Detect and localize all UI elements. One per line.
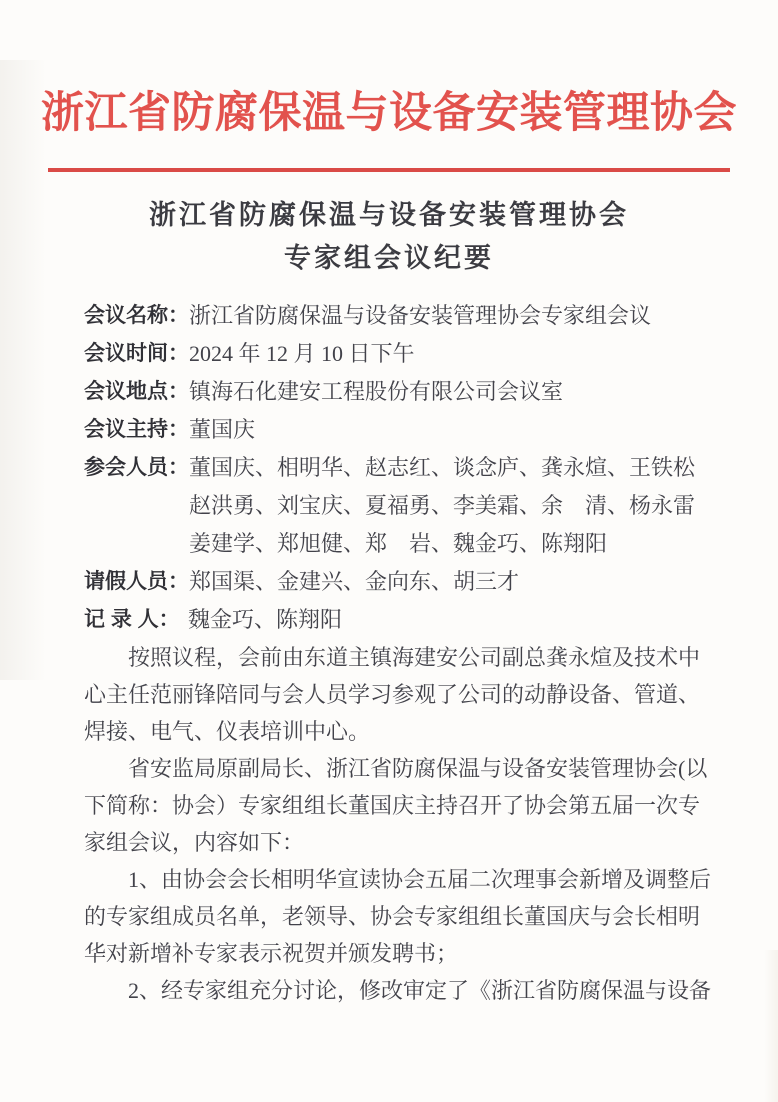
- detail-value-meeting-time: 2024 年 12 月 10 日下午: [189, 335, 704, 373]
- body-line: 省安监局原副局长、浙江省防腐保温与设备安装管理协会(以: [84, 750, 706, 787]
- body-line: 的专家组成员名单，老领导、协会专家组组长董国庆与会长相明: [84, 898, 706, 935]
- detail-value-line: 赵洪勇、刘宝庆、夏福勇、李美霜、余 清、杨永雷: [189, 487, 704, 525]
- detail-value-meeting-host: 董国庆: [189, 411, 704, 449]
- body-paragraph-3: 1、由协会会长相明华宣读协会五届二次理事会新增及调整后 的专家组成员名单，老领导…: [84, 861, 706, 972]
- meeting-details: 会议名称： 浙江省防腐保温与设备安装管理协会专家组会议 会议时间： 2024 年…: [84, 297, 704, 639]
- document-title-line-1: 浙江省防腐保温与设备安装管理协会: [0, 194, 778, 237]
- detail-label-meeting-name: 会议名称：: [84, 297, 189, 335]
- body-line: 焊接、电气、仪表培训中心。: [84, 713, 706, 750]
- detail-value-line: 浙江省防腐保温与设备安装管理协会专家组会议: [189, 297, 704, 335]
- body-line: 按照议程，会前由东道主镇海建安公司副总龚永煊及技术中: [84, 639, 706, 676]
- detail-value-line: 郑国渠、金建兴、金向东、胡三才: [189, 563, 704, 601]
- detail-value-line: 董国庆: [189, 411, 704, 449]
- letterhead-banner: 浙江省防腐保温与设备安装管理协会: [0, 0, 778, 135]
- detail-value-meeting-name: 浙江省防腐保温与设备安装管理协会专家组会议: [189, 297, 704, 335]
- document-title: 浙江省防腐保温与设备安装管理协会 专家组会议纪要: [0, 194, 778, 280]
- detail-label-recorder: 记 录 人：: [84, 601, 188, 639]
- detail-label-attendees: 参会人员：: [84, 449, 189, 487]
- scan-artifact: [0, 60, 46, 680]
- body-line: 家组会议，内容如下：: [84, 824, 706, 861]
- body-paragraph-2: 省安监局原副局长、浙江省防腐保温与设备安装管理协会(以 下简称：协会）专家组组长…: [84, 750, 706, 861]
- detail-row-absentees: 请假人员： 郑国渠、金建兴、金向东、胡三才: [84, 563, 704, 601]
- letterhead-divider-rule: [48, 168, 730, 172]
- detail-label-meeting-host: 会议主持：: [84, 411, 189, 449]
- detail-value-meeting-place: 镇海石化建安工程股份有限公司会议室: [189, 373, 704, 411]
- detail-row-meeting-place: 会议地点： 镇海石化建安工程股份有限公司会议室: [84, 373, 704, 411]
- detail-row-recorder: 记 录 人： 魏金巧、陈翔阳: [84, 601, 704, 639]
- document-title-line-2: 专家组会议纪要: [0, 237, 778, 280]
- detail-value-line: 2024 年 12 月 10 日下午: [189, 335, 704, 373]
- detail-value-line: 魏金巧、陈翔阳: [188, 601, 704, 639]
- meeting-minutes-body: 按照议程，会前由东道主镇海建安公司副总龚永煊及技术中 心主任范丽锋陪同与会人员学…: [84, 639, 706, 1009]
- detail-value-line: 董国庆、相明华、赵志红、谈念庐、龚永煊、王铁松: [189, 449, 704, 487]
- body-line: 华对新增补专家表示祝贺并颁发聘书；: [84, 935, 706, 972]
- detail-label-meeting-time: 会议时间：: [84, 335, 189, 373]
- detail-row-meeting-host: 会议主持： 董国庆: [84, 411, 704, 449]
- detail-value-absentees: 郑国渠、金建兴、金向东、胡三才: [189, 563, 704, 601]
- detail-row-meeting-time: 会议时间： 2024 年 12 月 10 日下午: [84, 335, 704, 373]
- detail-value-line: 镇海石化建安工程股份有限公司会议室: [189, 373, 704, 411]
- detail-label-absentees: 请假人员：: [84, 563, 189, 601]
- scan-artifact: [764, 950, 778, 1102]
- body-paragraph-4: 2、经专家组充分讨论，修改审定了《浙江省防腐保温与设备: [84, 972, 706, 1009]
- body-line: 1、由协会会长相明华宣读协会五届二次理事会新增及调整后: [84, 861, 706, 898]
- document-page: 浙江省防腐保温与设备安装管理协会 浙江省防腐保温与设备安装管理协会 专家组会议纪…: [0, 0, 778, 1102]
- detail-value-line: 姜建学、郑旭健、郑 岩、魏金巧、陈翔阳: [189, 525, 704, 563]
- detail-row-attendees: 参会人员： 董国庆、相明华、赵志红、谈念庐、龚永煊、王铁松 赵洪勇、刘宝庆、夏福…: [84, 449, 704, 563]
- detail-value-attendees: 董国庆、相明华、赵志红、谈念庐、龚永煊、王铁松 赵洪勇、刘宝庆、夏福勇、李美霜、…: [189, 449, 704, 563]
- body-line: 下简称：协会）专家组组长董国庆主持召开了协会第五届一次专: [84, 787, 706, 824]
- body-line: 心主任范丽锋陪同与会人员学习参观了公司的动静设备、管道、: [84, 676, 706, 713]
- detail-row-meeting-name: 会议名称： 浙江省防腐保温与设备安装管理协会专家组会议: [84, 297, 704, 335]
- body-line: 2、经专家组充分讨论，修改审定了《浙江省防腐保温与设备: [84, 972, 706, 1009]
- detail-value-recorder: 魏金巧、陈翔阳: [188, 601, 704, 639]
- body-paragraph-1: 按照议程，会前由东道主镇海建安公司副总龚永煊及技术中 心主任范丽锋陪同与会人员学…: [84, 639, 706, 750]
- detail-label-meeting-place: 会议地点：: [84, 373, 189, 411]
